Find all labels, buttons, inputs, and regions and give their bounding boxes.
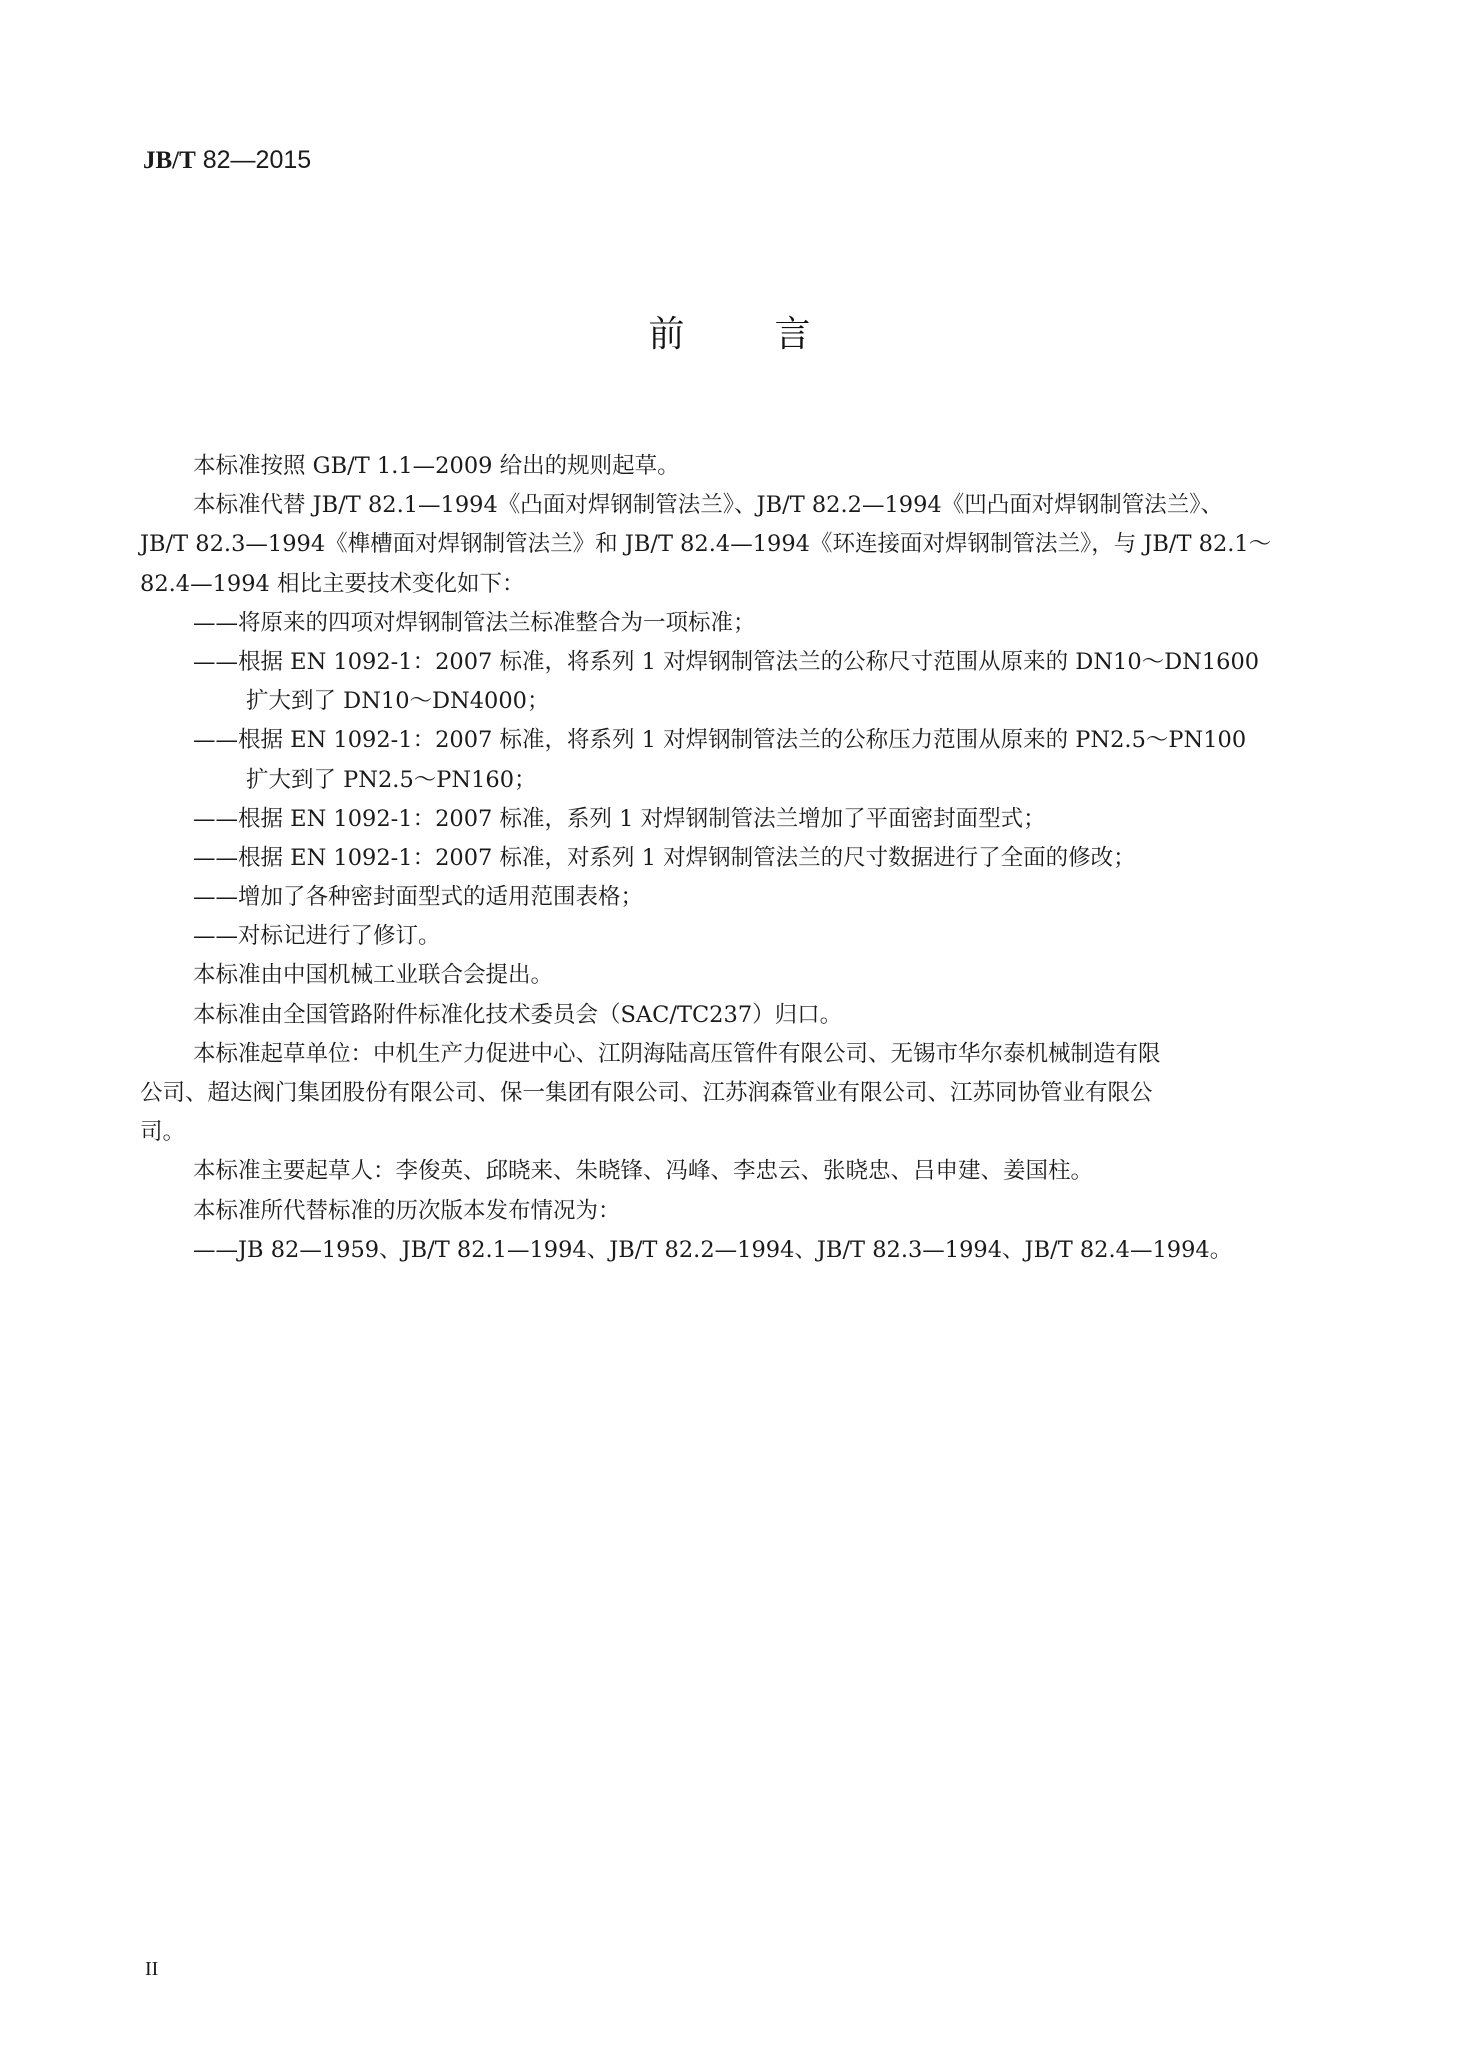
list-item: ——根据 EN 1092-1：2007 标准，将系列 1 对焊钢制管法兰的公称尺… bbox=[140, 643, 1346, 682]
paragraph-line: 本标准代替 JB/T 82.1—1994《凸面对焊钢制管法兰》、JB/T 82.… bbox=[140, 486, 1346, 525]
document-code-prefix: JB/T bbox=[143, 147, 196, 174]
list-item: ——根据 EN 1092-1：2007 标准，将系列 1 对焊钢制管法兰的公称压… bbox=[140, 721, 1346, 760]
document-code-header: JB/T 82—2015 bbox=[143, 146, 311, 175]
page-title-char-1: 前 bbox=[648, 306, 684, 357]
paragraph-line: 本标准起草单位：中机生产力促进中心、江阴海陆高压管件有限公司、无锡市华尔泰机械制… bbox=[140, 1035, 1346, 1074]
paragraph-line: 本标准所代替标准的历次版本发布情况为： bbox=[140, 1192, 1346, 1231]
list-item: ——将原来的四项对焊钢制管法兰标准整合为一项标准； bbox=[140, 604, 1346, 643]
page-title: 前言 bbox=[0, 306, 1459, 357]
list-item-continuation: 扩大到了 PN2.5～PN160； bbox=[140, 761, 1346, 800]
paragraph-line: 本标准主要起草人：李俊英、邱晓来、朱晓锋、冯峰、李忠云、张晓忠、吕申建、姜国柱。 bbox=[140, 1152, 1346, 1191]
foreword-body: 本标准按照 GB/T 1.1—2009 给出的规则起草。 本标准代替 JB/T … bbox=[140, 447, 1346, 1270]
list-item: ——根据 EN 1092-1：2007 标准，系列 1 对焊钢制管法兰增加了平面… bbox=[140, 800, 1346, 839]
page-number: II bbox=[145, 1958, 158, 1981]
paragraph-line: 本标准按照 GB/T 1.1—2009 给出的规则起草。 bbox=[140, 447, 1346, 486]
page-title-char-2: 言 bbox=[775, 306, 811, 357]
paragraph-line: 本标准由全国管路附件标准化技术委员会（SAC/TC237）归口。 bbox=[140, 996, 1346, 1035]
list-item: ——对标记进行了修订。 bbox=[140, 917, 1346, 956]
document-code-number: 82—2015 bbox=[196, 146, 311, 174]
paragraph-line: 82.4—1994 相比主要技术变化如下： bbox=[140, 565, 1346, 604]
paragraph-line: JB/T 82.3—1994《榫槽面对焊钢制管法兰》和 JB/T 82.4—19… bbox=[140, 525, 1346, 564]
paragraph-line: 公司、超达阀门集团股份有限公司、保一集团有限公司、江苏润森管业有限公司、江苏同协… bbox=[140, 1074, 1346, 1113]
list-item: ——JB 82—1959、JB/T 82.1—1994、JB/T 82.2—19… bbox=[140, 1231, 1346, 1270]
paragraph-line: 本标准由中国机械工业联合会提出。 bbox=[140, 956, 1346, 995]
paragraph-line: 司。 bbox=[140, 1113, 1346, 1152]
list-item: ——根据 EN 1092-1：2007 标准，对系列 1 对焊钢制管法兰的尺寸数… bbox=[140, 839, 1346, 878]
list-item-continuation: 扩大到了 DN10～DN4000； bbox=[140, 682, 1346, 721]
list-item: ——增加了各种密封面型式的适用范围表格； bbox=[140, 878, 1346, 917]
